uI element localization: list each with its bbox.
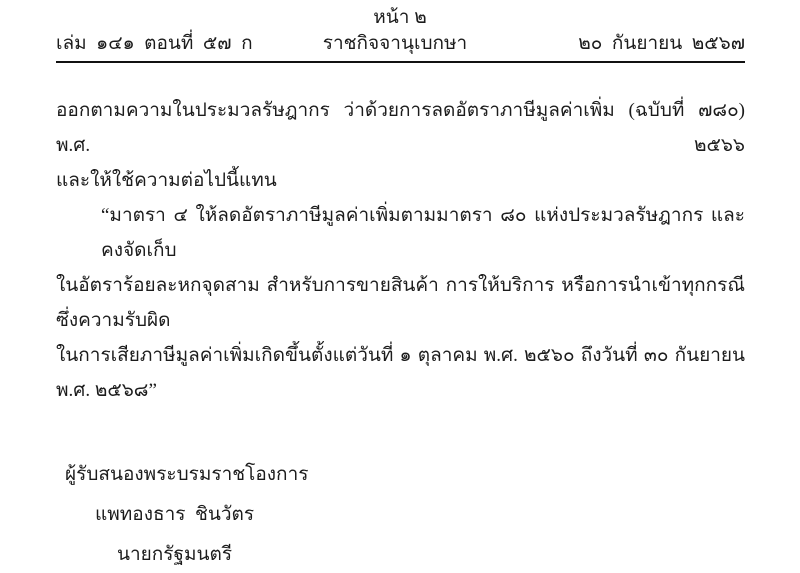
signatory-name: แพทองธาร ชินวัตร [0,495,800,535]
countersignature-label: ผู้รับสนองพระบรมราชโองการ [0,455,800,495]
gazette-page: หน้า ๒ เล่ม ๑๔๑ ตอนที่ ๕๗ ก ราชกิจจานุเบ… [0,0,800,573]
decree-body: ออกตามความในประมวลรัษฎากร ว่าด้วยการลดอั… [56,93,745,408]
paragraph2-line2: ในอัตราร้อยละหกจุดสาม สำหรับการขายสินค้า… [56,268,745,338]
paragraph1-line2: และให้ใช้ความต่อไปนี้แทน [56,163,745,198]
signature-block: ผู้รับสนองพระบรมราชโองการ แพทองธาร ชินวั… [0,455,800,573]
paragraph2-line4: พ.ศ. ๒๕๖๘” [56,373,745,408]
masthead-row: เล่ม ๑๔๑ ตอนที่ ๕๗ ก ราชกิจจานุเบกษา ๒๐ … [0,30,800,57]
publication-date: ๒๐ กันยายน ๒๕๖๗ [578,30,745,57]
header-divider [56,61,745,63]
signatory-title: นายกรัฐมนตรี [0,535,800,573]
page-number: หน้า ๒ [0,0,800,30]
paragraph2-line1: “มาตรา ๔ ให้ลดอัตราภาษีมูลค่าเพิ่มตามมาต… [56,198,745,268]
paragraph2-line3: ในการเสียภาษีมูลค่าเพิ่มเกิดขึ้นตั้งแต่ว… [56,338,745,373]
paragraph1-line1: ออกตามความในประมวลรัษฎากร ว่าด้วยการลดอั… [56,93,745,163]
